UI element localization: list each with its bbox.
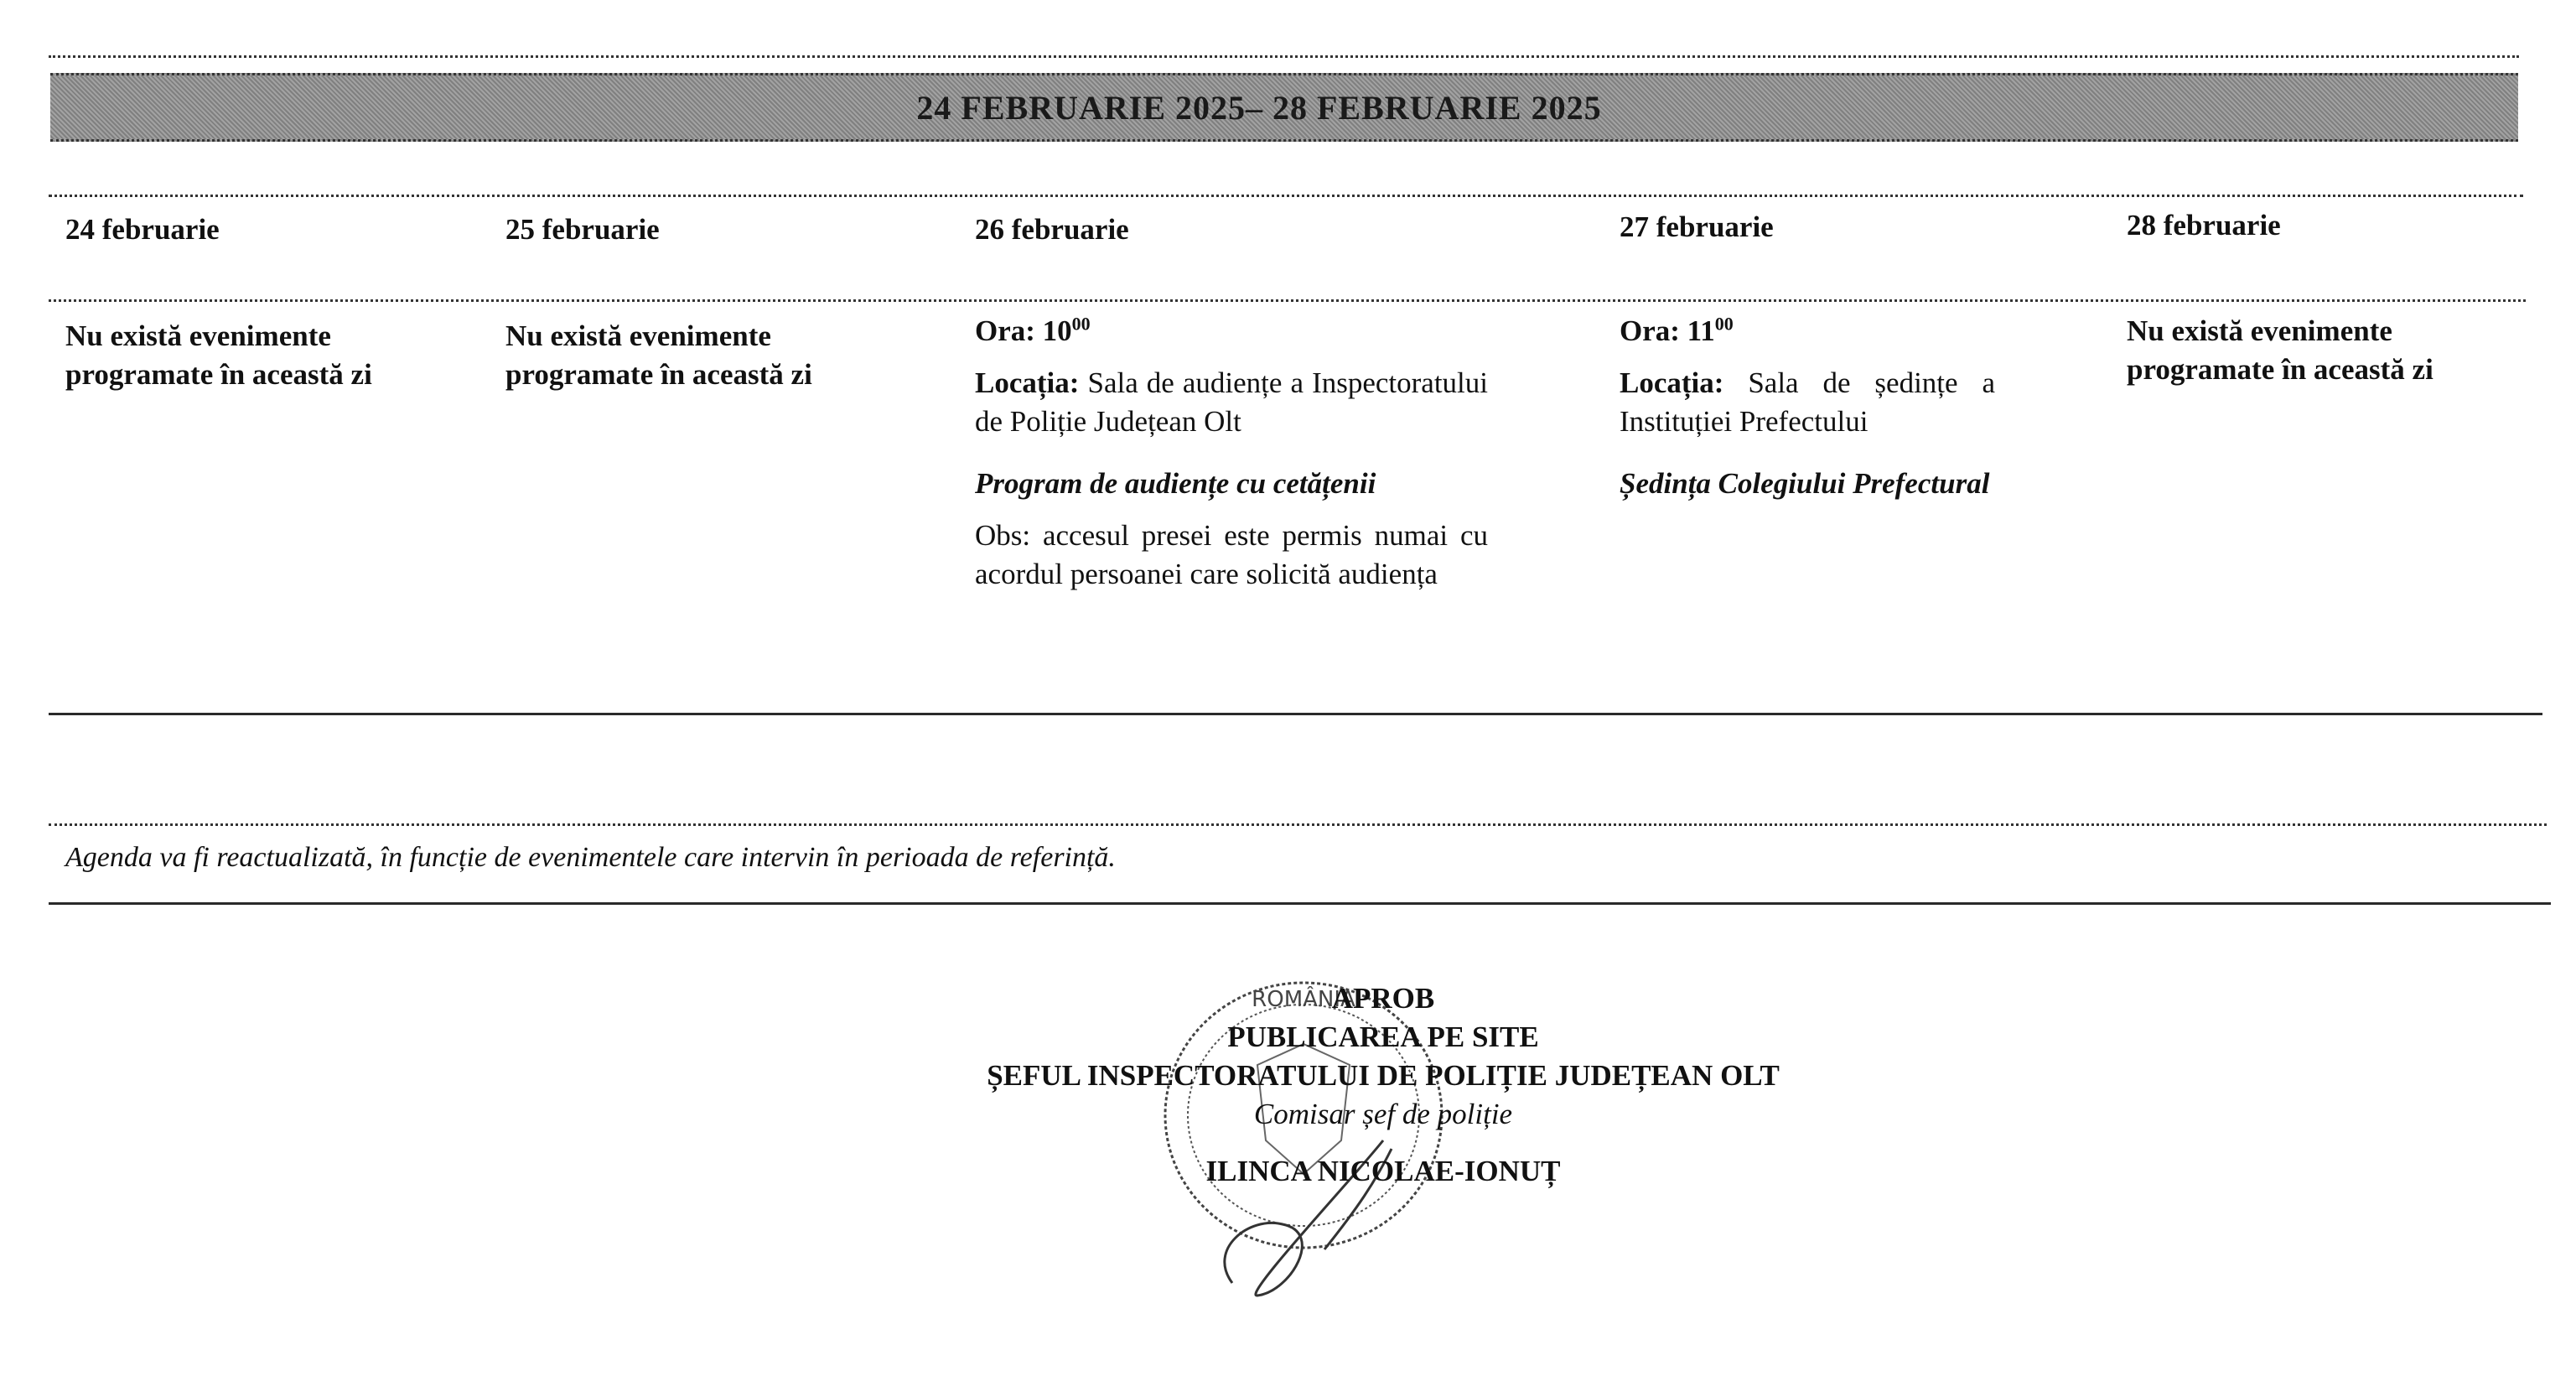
period-title: 24 FEBRUARIE 2025– 28 FEBRUARIE 2025	[916, 88, 1601, 127]
day-26-observation: Obs: accesul presei este permis numai cu…	[975, 517, 1488, 594]
approval-line-publish: PUBLICAREA PE SITE	[880, 1018, 1886, 1057]
date-header-bottom-rule	[49, 299, 2526, 302]
date-header-24: 24 februarie	[65, 213, 220, 247]
day-26-event-title: Program de audiențe cu cetățenii	[975, 465, 1488, 503]
date-header-25: 25 februarie	[505, 213, 660, 247]
day-26-location: Locația: Sala de audiențe a Inspectoratu…	[975, 364, 1488, 441]
approval-rank: Comisar șef de poliție	[880, 1095, 1886, 1134]
period-banner: 24 FEBRUARIE 2025– 28 FEBRUARIE 2025	[50, 73, 2518, 142]
approval-name: ILINCA NICOLAE-IONUȚ	[880, 1152, 1886, 1191]
day-26-event: Ora: 1000 Locația: Sala de audiențe a In…	[975, 312, 1488, 594]
day-26-time: Ora: 1000	[975, 312, 1488, 351]
approval-line-chief: ȘEFUL INSPECTORATULUI DE POLIȚIE JUDEȚEA…	[880, 1057, 1886, 1095]
day-27-time: Ora: 1100	[1620, 312, 1995, 351]
agenda-update-note: Agenda va fi reactualizată, în funcție d…	[65, 842, 1116, 874]
approval-line-aprob: APROB	[880, 979, 1886, 1018]
date-header-26: 26 februarie	[975, 213, 1129, 247]
day-27-event: Ora: 1100 Locația: Sala de ședințe a Ins…	[1620, 312, 1995, 503]
date-header-28: 28 februarie	[2127, 209, 2281, 242]
day-25-no-events: Nu există evenimente programate în aceas…	[505, 317, 874, 394]
day-24-no-events: Nu există evenimente programate în aceas…	[65, 317, 434, 394]
note-top-rule	[49, 823, 2547, 826]
date-header-27: 27 februarie	[1620, 210, 1774, 244]
day-27-location: Locația: Sala de ședințe a Instituției P…	[1620, 364, 1995, 441]
top-rule	[49, 55, 2519, 58]
day-27-event-title: Ședința Colegiului Prefectural	[1620, 465, 1995, 503]
table-bottom-rule	[49, 713, 2542, 715]
date-header-top-rule	[49, 195, 2523, 197]
approval-signature-block: APROB PUBLICAREA PE SITE ȘEFUL INSPECTOR…	[880, 979, 1886, 1191]
day-28-no-events: Nu există evenimente programate în aceas…	[2127, 312, 2496, 389]
note-bottom-rule	[49, 902, 2551, 905]
